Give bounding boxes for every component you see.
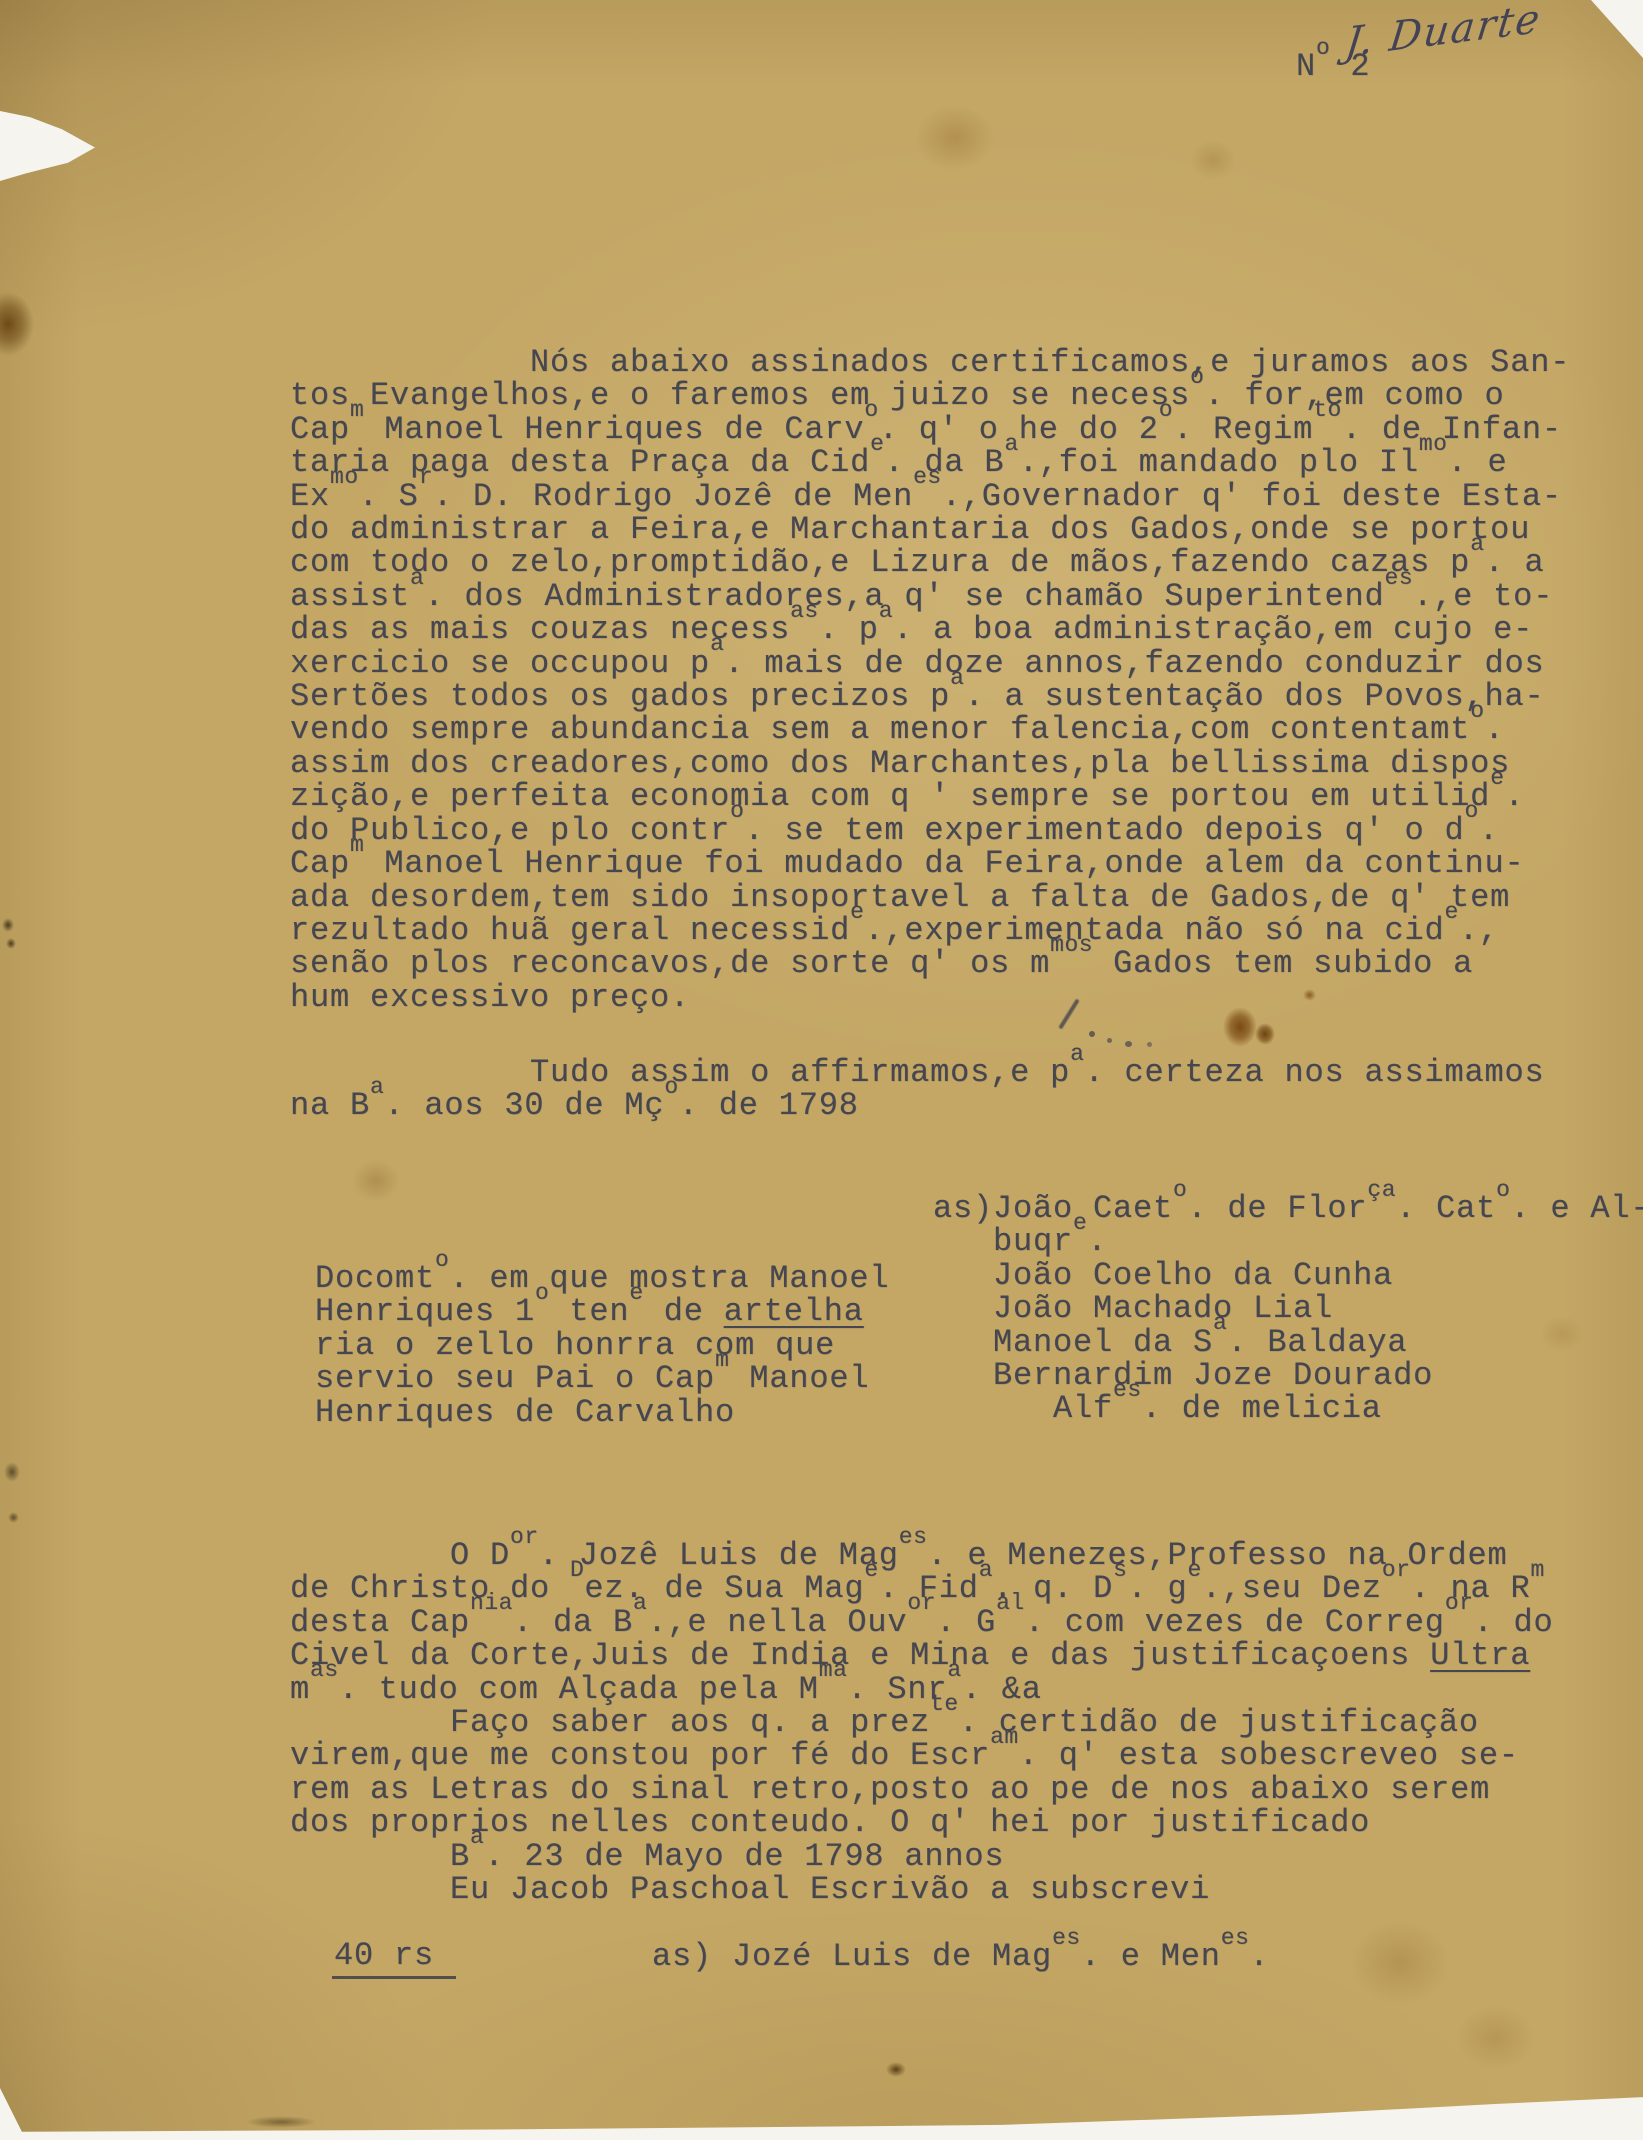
- specks-bottom-left: [246, 2116, 316, 2128]
- speck-left-1: [2, 918, 14, 932]
- text-line: zição,e perfeita economia com q ' sempre…: [290, 780, 1570, 813]
- text-line: buqre.: [933, 1225, 1643, 1258]
- stain-blotch-left: [0, 292, 34, 356]
- speck-left-2: [6, 938, 16, 949]
- paper-edge-bottom: [0, 2082, 1643, 2140]
- text-line: Eu Jacob Paschoal Escrivão a subscrevi: [290, 1873, 1553, 1906]
- text-line: as)João Caeto. de Florça. Cato. e Al-: [933, 1192, 1643, 1225]
- text-line: rem as Letras do sinal retro,posto ao pe…: [290, 1773, 1553, 1806]
- text-line: rezultado huã geral necesside.,experimen…: [290, 914, 1570, 947]
- foxing-spot-4: [1350, 1920, 1450, 2006]
- torn-paper-notch: [0, 108, 100, 184]
- text-line: Tudo assim o affirmamos,e pa. certeza no…: [290, 1056, 1545, 1089]
- text-line: vendo sempre abundancia sem a menor fale…: [290, 713, 1570, 746]
- paper-edge-top-right: [1591, 0, 1643, 58]
- final-signature: as) Jozé Luis de Mages. e Menes.: [652, 1940, 1269, 1973]
- signatures-list: as)João Caeto. de Florça. Cato. e Al- bu…: [933, 1192, 1643, 1426]
- text-line: na Ba. aos 30 de Mço. de 1798: [290, 1089, 1545, 1122]
- text-line: Faço saber aos q. a prezte. certidão de …: [290, 1706, 1553, 1739]
- text-line: assim dos creadores,como dos Marchantes,…: [290, 747, 1570, 780]
- text-line: Alfes. de melicia: [933, 1392, 1643, 1425]
- justification-paragraph: O Dor. Jozê Luis de Mages. e Menezes,Pro…: [290, 1539, 1553, 1906]
- foxing-spot-2: [1190, 140, 1236, 180]
- text-line: assista. dos Administradores,a q' se cha…: [290, 580, 1570, 613]
- foxing-spot-6: [1540, 1315, 1584, 1353]
- text-line: ada desordem,tem sido insoportavel a fal…: [290, 881, 1570, 914]
- text-line: virem,que me constou por fé do Escram. q…: [290, 1739, 1553, 1772]
- foxing-spot-1: [915, 105, 995, 171]
- text-line: O Dor. Jozê Luis de Mages. e Menezes,Pro…: [290, 1539, 1553, 1572]
- speck-bottom-center: [886, 2062, 906, 2077]
- text-line: servio seu Pai o Capm Manoel: [315, 1362, 889, 1395]
- text-line: Capm Manoel Henriques de Carvo. q' o he …: [290, 413, 1570, 446]
- text-line: Bernardim Joze Dourado: [933, 1359, 1643, 1392]
- text-line: Civel da Corte,Juis de India e Mina e da…: [290, 1639, 1553, 1672]
- text-line: Ba. 23 de Mayo de 1798 annos: [290, 1840, 1553, 1873]
- attestation-paragraph: Tudo assim o affirmamos,e pa. certeza no…: [290, 1056, 1545, 1123]
- foxing-spot-5: [1455, 2005, 1535, 2071]
- text-line: com todo o zelo,promptidão,e Lizura de m…: [290, 546, 1570, 579]
- text-line: do administrar a Feira,e Marchantaria do…: [290, 513, 1570, 546]
- text-line: hum excessivo preço.: [290, 981, 1570, 1014]
- text-line: desta Capnia. da Ba.,e nella Ouvor. Gal.…: [290, 1606, 1553, 1639]
- page-number: No 2: [1296, 50, 1370, 83]
- text-line: do Publico,e plo contro. se tem experime…: [290, 814, 1570, 847]
- text-line: xercicio se occupou pa. mais de doze ann…: [290, 647, 1570, 680]
- speck-left-3: [4, 1462, 20, 1482]
- text-line: ria o zello honrra com que: [315, 1329, 889, 1362]
- text-line: Exmo. Sr. D. Rodrigo Jozê de Menes.,Gove…: [290, 480, 1570, 513]
- side-note: Docomto. em que mostra ManoelHenriques 1…: [315, 1262, 889, 1429]
- text-line: tos Evangelhos,e o faremos em juizo se n…: [290, 379, 1570, 412]
- text-line: das as mais couzas necessas. pa. a boa a…: [290, 613, 1570, 646]
- text-line: João Machado Lial: [933, 1292, 1643, 1325]
- handwritten-annotation: J. Duarte: [1343, 0, 1544, 67]
- text-line: Manoel da Sa. Baldaya: [933, 1326, 1643, 1359]
- foxing-spot-3: [352, 1160, 400, 1202]
- text-line: Docomto. em que mostra Manoel: [315, 1262, 889, 1295]
- text-line: Henriques 1o tene de artelha: [315, 1295, 889, 1328]
- scanned-document-page: J. Duarte No 2 Nós abaixo assinados cert…: [0, 0, 1643, 2140]
- text-line: senão plos reconcavos,de sorte q' os mmo…: [290, 947, 1570, 980]
- ink-smudge: [1055, 995, 1335, 1065]
- certificate-paragraph: Nós abaixo assinados certificamos,e jura…: [290, 346, 1570, 1014]
- text-line: Nós abaixo assinados certificamos,e jura…: [290, 346, 1570, 379]
- fee-label: 40 rs: [332, 1939, 456, 1978]
- text-line: Capm Manoel Henrique foi mudado da Feira…: [290, 847, 1570, 880]
- text-line: mas. tudo com Alçada pela Mma. Snra. &a: [290, 1673, 1553, 1706]
- text-line: Henriques de Carvalho: [315, 1396, 889, 1429]
- fee-note: 40 rs: [252, 1906, 456, 2012]
- speck-left-4: [8, 1512, 19, 1523]
- text-line: João Coelho da Cunha: [933, 1259, 1643, 1292]
- text-line: Sertões todos os gados precizos pa. a su…: [290, 680, 1570, 713]
